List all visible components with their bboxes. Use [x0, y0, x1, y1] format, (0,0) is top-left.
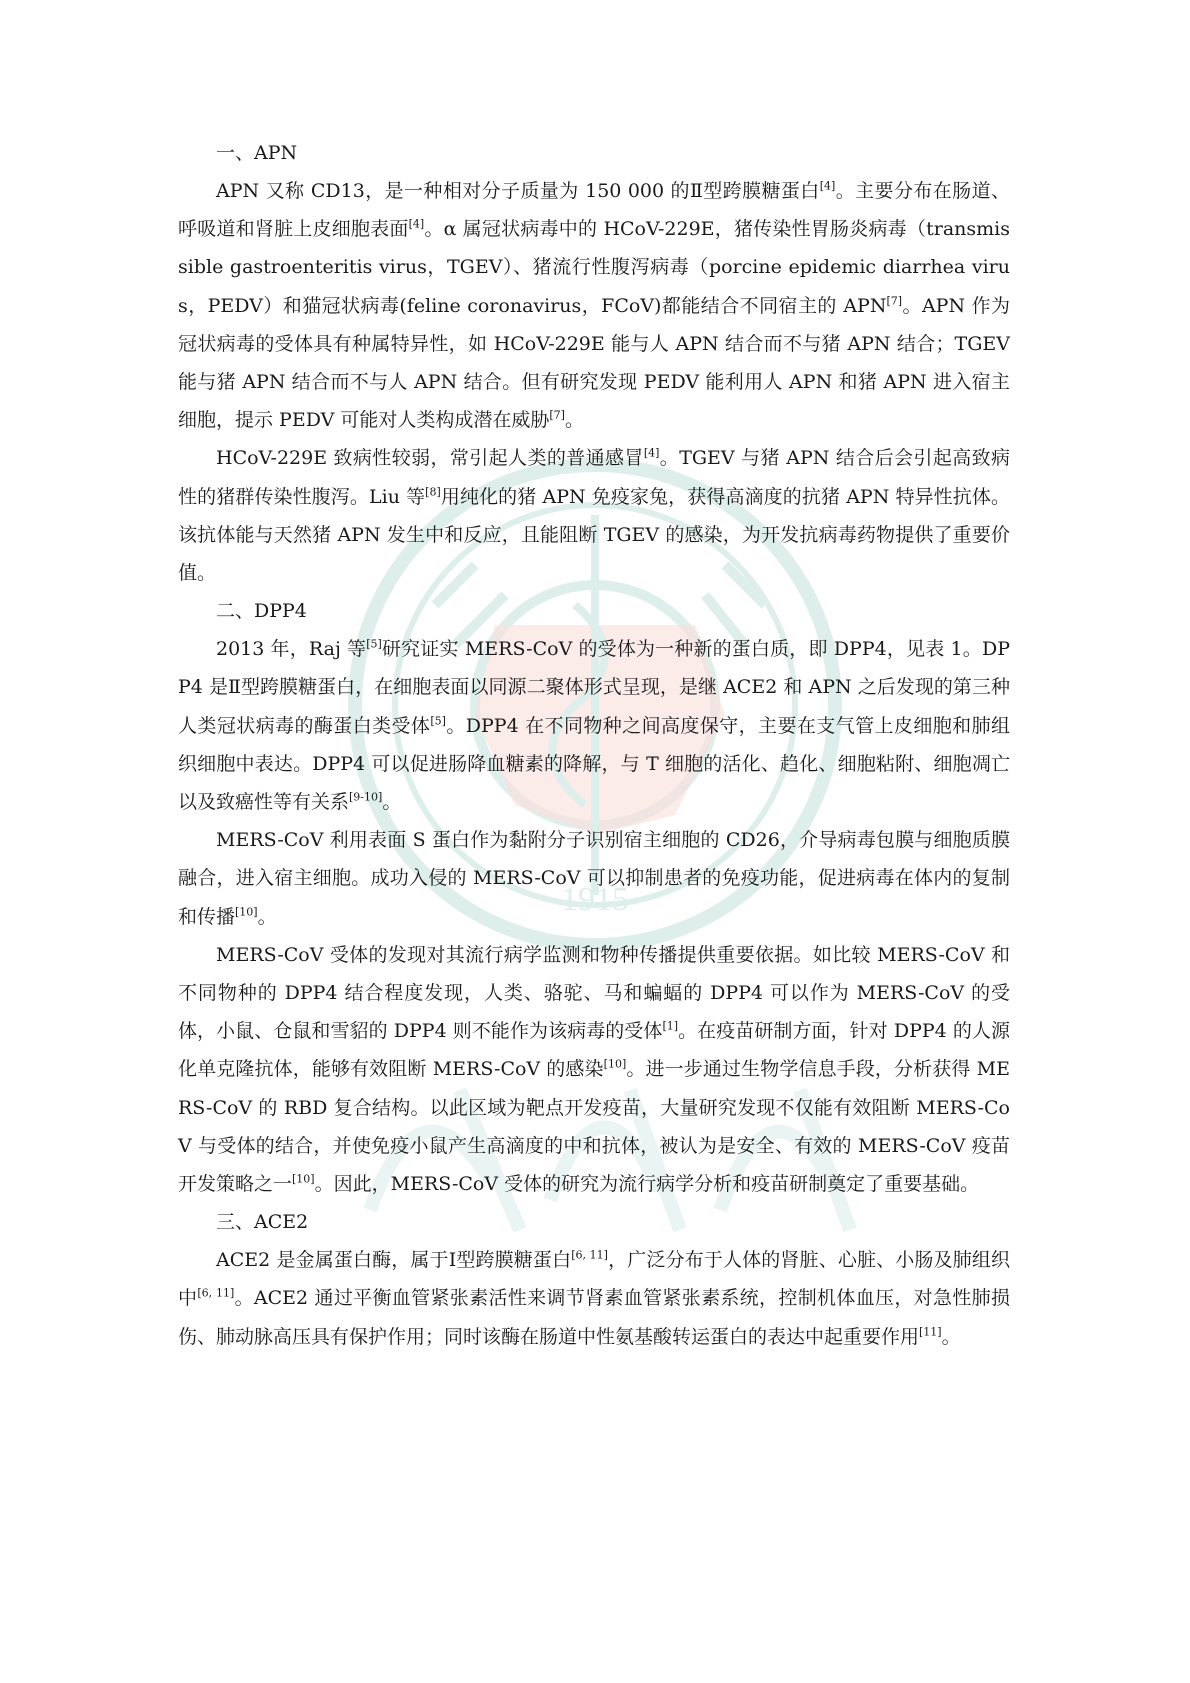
text: MERS-CoV 利用表面 S 蛋白作为黏附分子识别宿主细胞的 CD26，介导病… [178, 829, 1010, 927]
paragraph: 2013 年，Raj 等[5]研究证实 MERS-CoV 的受体为一种新的蛋白质… [178, 630, 1010, 821]
text: ACE2 是金属蛋白酶，属于Ⅰ型跨膜糖蛋白 [216, 1249, 571, 1271]
paragraph: APN 又称 CD13，是一种相对分子质量为 150 000 的Ⅱ型跨膜糖蛋白[… [178, 172, 1010, 439]
citation: [9-10] [349, 791, 382, 804]
text: 2013 年，Raj 等 [216, 638, 366, 660]
paragraph: MERS-CoV 受体的发现对其流行病学监测和物种传播提供重要依据。如比较 ME… [178, 936, 1010, 1203]
text: 。 [382, 791, 401, 813]
citation: [8] [425, 485, 441, 498]
citation: [4] [644, 447, 660, 460]
citation: [7] [886, 294, 902, 307]
section-heading-apn: 一、APN [178, 134, 1010, 172]
citation: [11] [919, 1325, 942, 1338]
paragraph: HCoV-229E 致病性较弱，常引起人类的普通感冒[4]。TGEV 与猪 AP… [178, 439, 1010, 592]
text: APN 又称 CD13，是一种相对分子质量为 150 000 的Ⅱ型跨膜糖蛋白 [216, 180, 820, 202]
text: 。 [565, 409, 584, 431]
text: 。 [258, 906, 277, 928]
paragraph: MERS-CoV 利用表面 S 蛋白作为黏附分子识别宿主细胞的 CD26，介导病… [178, 821, 1010, 936]
text: 。 [942, 1326, 961, 1348]
citation: [10] [604, 1058, 627, 1071]
text: 。ACE2 通过平衡血管紧张素活性来调节肾素血管紧张素系统，控制机体血压，对急性… [178, 1287, 1010, 1347]
citation: [5] [366, 638, 382, 651]
section-heading-dpp4: 二、DPP4 [178, 592, 1010, 630]
text: HCoV-229E 致病性较弱，常引起人类的普通感冒 [216, 447, 644, 469]
citation: [4] [409, 218, 425, 231]
section-heading-ace2: 三、ACE2 [178, 1203, 1010, 1241]
citation: [7] [549, 409, 565, 422]
citation: [5] [430, 714, 446, 727]
citation: [10] [235, 905, 258, 918]
citation: [10] [292, 1173, 315, 1186]
paragraph: ACE2 是金属蛋白酶，属于Ⅰ型跨膜糖蛋白[6, 11]，广泛分布于人体的肾脏、… [178, 1241, 1010, 1356]
citation: [6, 11] [197, 1287, 234, 1300]
citation: [1] [662, 1020, 678, 1033]
document-body: 一、APN APN 又称 CD13，是一种相对分子质量为 150 000 的Ⅱ型… [178, 134, 1010, 1356]
text: 。因此，MERS-CoV 受体的研究为流行病学分析和疫苗研制奠定了重要基础。 [315, 1173, 980, 1195]
citation: [4] [820, 180, 836, 193]
citation: [6, 11] [571, 1249, 608, 1262]
